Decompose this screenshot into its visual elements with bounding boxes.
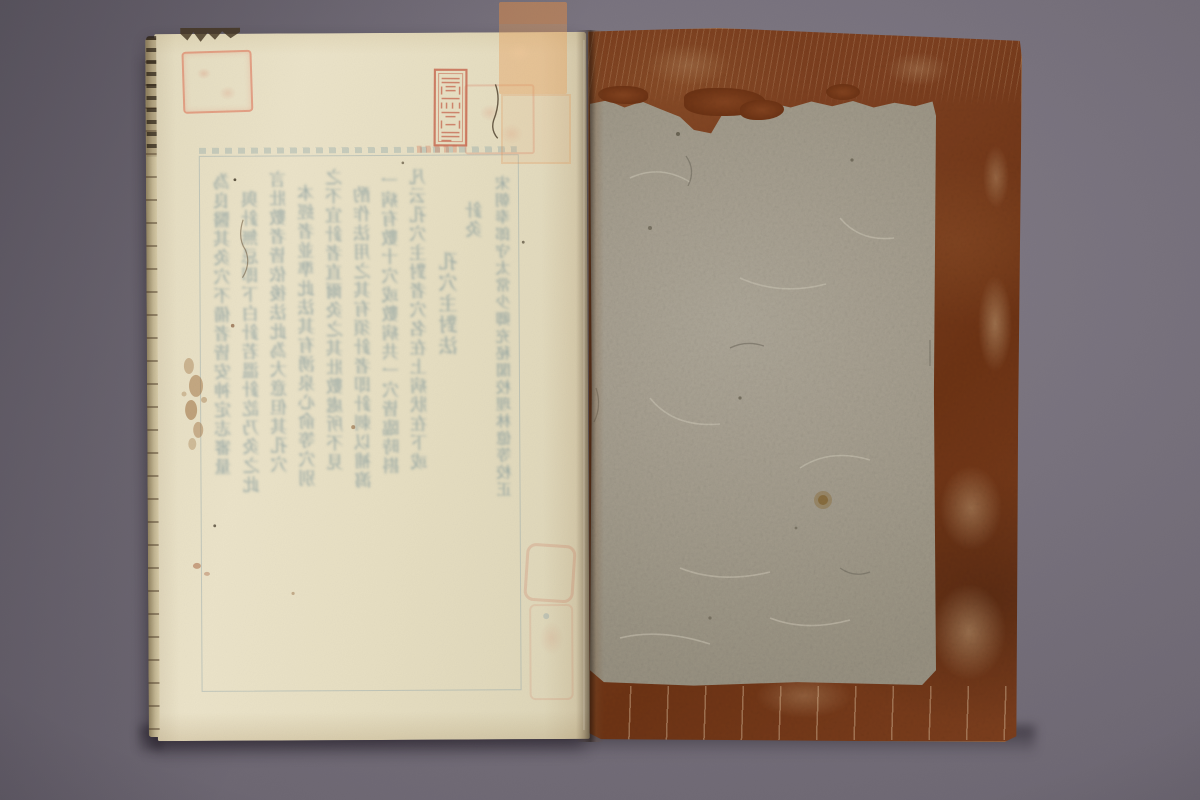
ornate-seal-graphic xyxy=(433,69,467,147)
bleedthrough-text-frame: 宋朝奉郎守太常少卿充秘閣校理林億等校正 針灸 孔穴主對法 凡云孔穴主對者穴名在上… xyxy=(199,154,522,692)
bleedthrough-column: 與針無忌即下白針若溫針訖乃灸之此 xyxy=(243,191,265,687)
wear-patch xyxy=(932,584,1006,680)
bleedthrough-column: 宋朝奉郎守太常少卿充秘閣校理林億等校正 xyxy=(495,175,517,685)
bleedthrough-column: 言壯數者皆依後法此為大意但其孔穴 xyxy=(271,170,293,686)
wear-patch xyxy=(983,146,1009,208)
gutter-seal-lower xyxy=(529,604,574,700)
bleedthrough-column: 之不宜針者直爾灸之其壯數處所不見 xyxy=(327,168,349,686)
bleedthrough-column: 為良醫其灸穴不備者皆安神定志審量 xyxy=(215,173,237,687)
bleedthrough-column: 酌作法用之其有須針者即針刺以補瀉 xyxy=(355,186,377,686)
bleedthrough-column: 孔穴主對法 xyxy=(439,252,460,686)
frayed-top-corner xyxy=(180,28,240,42)
book-photograph: 宋朝奉郎守太常少卿充秘閣校理林億等校正 針灸 孔穴主對法 凡云孔穴主對者穴名在上… xyxy=(0,0,1200,800)
pastedown-paper xyxy=(590,98,936,688)
orange-collection-seal xyxy=(499,2,567,94)
page-edge-fray xyxy=(146,36,157,156)
wear-patch xyxy=(886,52,950,86)
gutter-seal-upper xyxy=(523,543,577,604)
wear-patch xyxy=(978,276,1012,372)
ornate-red-seal xyxy=(433,69,467,147)
pastedown-texture xyxy=(590,98,936,688)
leather-overhang xyxy=(598,86,648,104)
inside-back-cover xyxy=(588,28,1022,742)
brown-stain xyxy=(814,491,832,509)
bleedthrough-column: 一病有數十穴或數病共一穴皆臨時斟 xyxy=(383,172,405,686)
bleedthrough-column: 針灸 xyxy=(467,201,489,685)
wear-patch xyxy=(646,44,730,86)
leather-overhang xyxy=(826,84,860,100)
pastedown-fibers xyxy=(590,98,936,688)
gutter-shadow xyxy=(576,30,604,742)
faded-square-seal xyxy=(181,50,253,114)
top-margin-red-dashes xyxy=(417,146,457,153)
bleedthrough-columns: 宋朝奉郎守太常少卿充秘閣校理林億等校正 針灸 孔穴主對法 凡云孔穴主對者穴名在上… xyxy=(204,159,517,687)
bleedthrough-column: 本經者並準此法其有湧泉心俞等穴别 xyxy=(299,184,321,686)
orange-seal-faint-extension xyxy=(501,94,571,164)
wear-patch xyxy=(940,466,1002,550)
bleedthrough-column: 凡云孔穴主對者穴名在上病狀在下或 xyxy=(411,168,433,686)
